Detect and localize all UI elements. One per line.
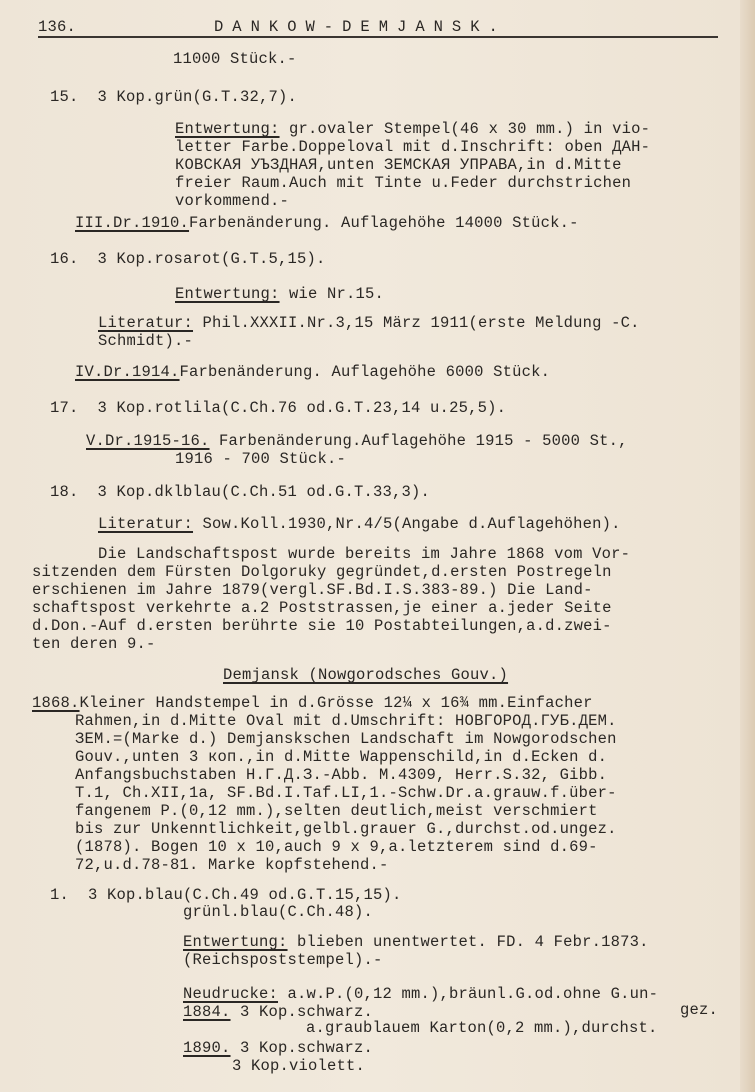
text-line: freier Raum.Auch mit Tinte u.Feder durch…	[175, 174, 631, 192]
label-edition: V.Dr.1915-16.	[86, 432, 210, 450]
text-line: Anfangsbuchstaben Н.Г.Д.З.-Abb. M.4309, …	[75, 766, 607, 784]
header-rule	[38, 36, 718, 38]
text-line: 3 Kop.violett.	[232, 1057, 365, 1075]
text-line: IV.Dr.1914.Farbenänderung. Auflagehöhe 6…	[75, 363, 550, 381]
text-line: ten deren 9.-	[32, 635, 156, 653]
text-line: III.Dr.1910.Farbenänderung. Auflagehöhe …	[75, 214, 579, 232]
text-line: fangenem P.(0,12 mm.),selten deutlich,me…	[75, 802, 598, 820]
text-line: 1868.Kleiner Handstempel in d.Grösse 12¼…	[32, 694, 593, 712]
text-line: (1878). Bogen 10 x 10,auch 9 x 9,a.letzt…	[75, 838, 598, 856]
text-span: Phil.XXXII.Nr.3,15 März 1911(erste Meldu…	[193, 314, 640, 332]
text-line: Gouv.,unten 3 коп.,in d.Mitte Wappenschi…	[75, 748, 607, 766]
catalog-entry-15: 15. 3 Kop.grün(G.T.32,7).	[50, 88, 297, 106]
text-line: letter Farbe.Doppeloval mit d.Inschrift:…	[175, 138, 650, 156]
text-line: Entwertung: gr.ovaler Stempel(46 x 30 mm…	[175, 120, 650, 138]
label-entwertung: Entwertung:	[175, 120, 280, 138]
label-entwertung: Entwertung:	[175, 285, 280, 303]
text-line: Entwertung: wie Nr.15.	[175, 285, 384, 303]
text-span: Sow.Koll.1930,Nr.4/5(Angabe d.Auflagehöh…	[193, 515, 621, 533]
text-line: bis zur Unkenntlichkeit,gelbl.grauer G.,…	[75, 820, 617, 838]
text-line: 1890. 3 Kop.schwarz.	[183, 1039, 373, 1057]
text-span: 3 Kop.schwarz.	[231, 1039, 374, 1057]
text-line: a.graublauem Karton(0,2 mm.),durchst.	[306, 1019, 658, 1037]
text-span: blieben unentwertet. FD. 4 Febr.1873.	[288, 933, 649, 951]
text-line: Literatur: Phil.XXXII.Nr.3,15 März 1911(…	[98, 314, 640, 332]
text-line: Neudrucke: a.w.P.(0,12 mm.),bräunl.G.od.…	[183, 985, 658, 1003]
catalog-entry-1: 1. 3 Kop.blau(C.Ch.49 od.G.T.15,15).	[50, 886, 402, 904]
text-line: 72,u.d.78-81. Marke kopfstehend.-	[75, 856, 389, 874]
text-line: erschienen im Jahre 1879(vergl.SF.Bd.I.S…	[32, 581, 593, 599]
text-line: Entwertung: blieben unentwertet. FD. 4 F…	[183, 933, 649, 951]
text-span: Kleiner Handstempel in d.Grösse 12¼ x 16…	[80, 694, 593, 712]
text-line: d.Don.-Auf d.ersten berührte sie 10 Post…	[32, 617, 612, 635]
page-edge	[740, 0, 755, 1092]
label-literatur: Literatur:	[98, 314, 193, 332]
text-line: schaftspost verkehrte a.2 Poststrassen,j…	[32, 599, 612, 617]
text-line: grünl.blau(C.Ch.48).	[183, 903, 373, 921]
text-span: a.w.P.(0,12 mm.),bräunl.G.od.ohne G.un-	[278, 985, 658, 1003]
label-literatur: Literatur:	[98, 515, 193, 533]
page-title: DANKOW-DEMJANSK.	[214, 18, 507, 36]
text-span: Farbenänderung.Auflagehöhe 1915 - 5000 S…	[210, 432, 628, 450]
text-line: Die Landschaftspost wurde bereits im Jah…	[98, 545, 630, 563]
text-span: wie Nr.15.	[280, 285, 385, 303]
text-span: Farbenänderung. Auflagehöhe 6000 Stück.	[180, 363, 551, 381]
label-edition: IV.Dr.1914.	[75, 363, 180, 381]
text-line: (Reichspoststempel).-	[183, 951, 383, 969]
text-span: Farbenänderung. Auflagehöhe 14000 Stück.…	[189, 214, 579, 232]
label-year: 1868.	[32, 694, 80, 712]
text-line: Literatur: Sow.Koll.1930,Nr.4/5(Angabe d…	[98, 515, 621, 533]
text-line: ЗЕМ.=(Marke d.) Demjanskschen Landschaft…	[75, 730, 617, 748]
page-number: 136.	[38, 18, 76, 36]
text-line: 1916 - 700 Stück.-	[175, 450, 346, 468]
label-neudrucke: Neudrucke:	[183, 985, 278, 1003]
label-entwertung: Entwertung:	[183, 933, 288, 951]
text-line: gez.	[680, 1001, 718, 1019]
label-edition: III.Dr.1910.	[75, 214, 189, 232]
text-line: КОВСКАЯ УЪЗДНАЯ,unten ЗЕМСКАЯ УПРАВА,in …	[175, 156, 622, 174]
section-heading: Demjansk (Nowgorodsches Gouv.)	[223, 666, 508, 684]
text-line: sitzenden dem Fürsten Dolgoruky gegründe…	[32, 563, 612, 581]
text-line: Schmidt).-	[98, 332, 193, 350]
text-line: Rahmen,in d.Mitte Oval mit d.Umschrift: …	[75, 712, 617, 730]
catalog-entry-17: 17. 3 Kop.rotlila(C.Ch.76 od.G.T.23,14 u…	[50, 399, 506, 417]
catalog-entry-16: 16. 3 Kop.rosarot(G.T.5,15).	[50, 250, 326, 268]
text-line: 11000 Stück.-	[173, 50, 297, 68]
text-span: gr.ovaler Stempel(46 x 30 mm.) in vio-	[280, 120, 651, 138]
catalog-entry-18: 18. 3 Kop.dklblau(C.Ch.51 od.G.T.33,3).	[50, 483, 430, 501]
label-year: 1890.	[183, 1039, 231, 1057]
text-line: vorkommend.-	[175, 192, 289, 210]
text-line: T.1, Ch.XII,1a, SF.Bd.I.Taf.LI,1.-Schw.D…	[75, 784, 617, 802]
text-line: V.Dr.1915-16. Farbenänderung.Auflagehöhe…	[86, 432, 628, 450]
label-year: 1884.	[183, 1003, 231, 1021]
